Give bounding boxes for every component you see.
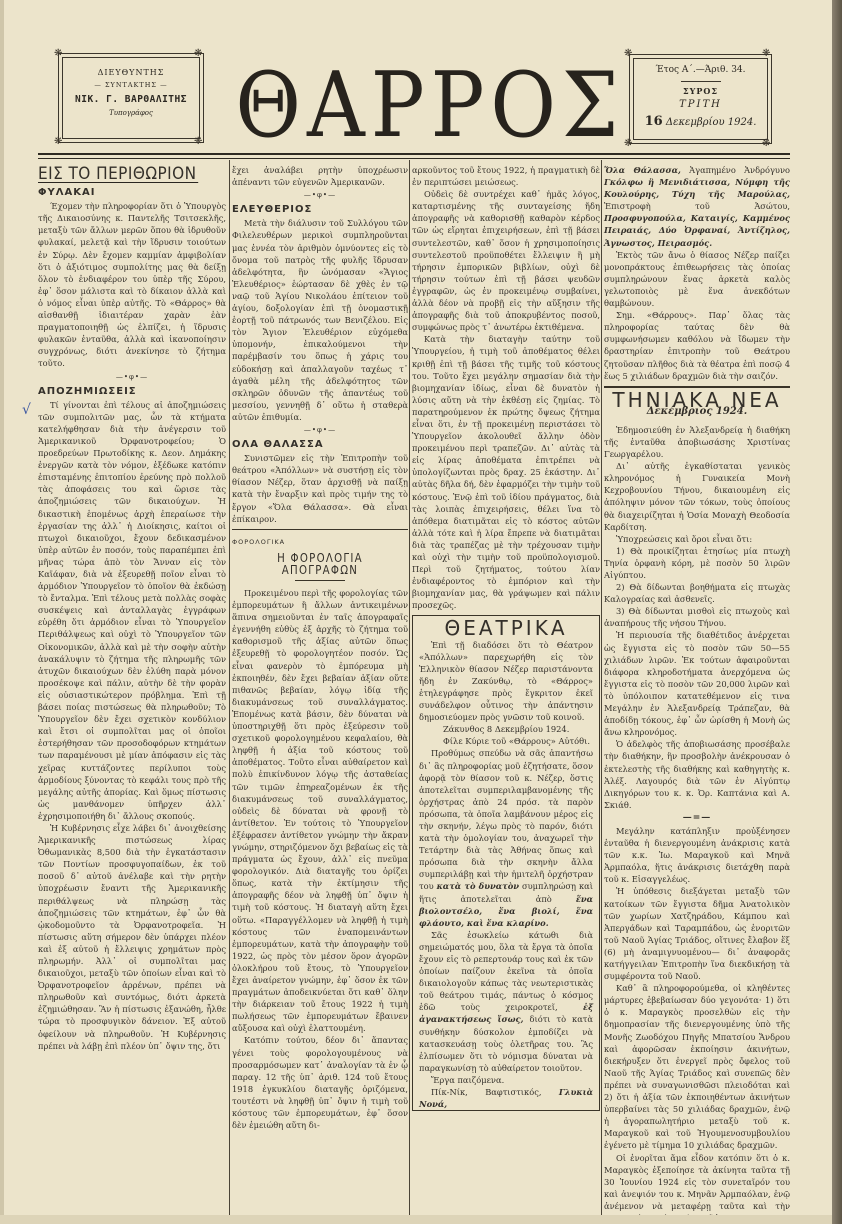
corner-ornament-icon: ❋	[54, 48, 62, 59]
subheading-eleftherios: ΕΛΕΥΘΕΡΙΟΣ	[232, 204, 408, 216]
heading-theatre: ΘΕΑΤΡΙΚΑ	[419, 622, 593, 634]
separator: —•φ•—	[232, 424, 408, 436]
theatre-letter-p2: Σᾶς ἐσωκλείω κάτωθι διὰ σημειώματός μου,…	[419, 929, 593, 1074]
theatre-salutation: Φίλε Κύριε τοῦ «Θάρρους» Αὐτόθι.	[419, 735, 593, 747]
theatre-note: Ἐκτὸς τῶν ἄνω ὁ θίασος Νέζερ παίζει μονο…	[604, 249, 790, 309]
newspaper-title: ΘΑΡΡΟΣ	[230, 50, 630, 162]
newspaper-page: ΔΙΕΥΘΥΝΤΗΣ — ΣΥΝΤΑΚΤΗΣ — ΝΙΚ. Γ. ΒΑΡΘΑΛΙ…	[0, 0, 832, 1224]
theatre-section: ΘΕΑΤΡΙΚΑ Ἐπὶ τῇ διαδόσει ὅτι τὸ Θέατρον …	[412, 615, 600, 1111]
corner-ornament-icon: ❋	[624, 48, 632, 59]
masthead-rule	[38, 153, 790, 159]
column-4: Ὅλα Θάλασσα, Ἀγαπημένο Ἀνδρόγυνο Γκόλφω …	[604, 160, 790, 1224]
subheading-ola-thalassa: ΟΛΑ ΘΑΛΑΣΣΑ	[232, 439, 408, 451]
tinos-p10: Ἡ ὑπόθεσις διεξάγεται μεταξὺ τῶν κατοίκω…	[604, 885, 790, 982]
plays-list-continuation: Ὅλα Θάλασσα, Ἀγαπημένο Ἀνδρόγυνο Γκόλφω …	[604, 164, 790, 249]
issue-box: Έτος Α΄.—Άριθ. 34. ΣΥΡΟΣ ΤΡΙΤΗ 16 Δεκεμβ…	[633, 58, 768, 140]
section-rule	[232, 529, 408, 530]
theatre-intro: Ἐπὶ τῇ διαδόσει ὅτι τὸ Θέατρον «Ἀπόλλων»…	[419, 639, 593, 724]
separator: —•φ•—	[38, 371, 226, 383]
kicker-tax: ΦΟΡΟΛΟΓΙΚΑ	[232, 536, 408, 548]
theatre-letter-p1: Προθύμως σπεύδω νὰ σᾶς ἀπαντήσω δι᾽ ἃς π…	[419, 747, 593, 928]
tinos-p8: Ὁ ἀδελφὸς τῆς ἀποβιωσάσης προσέβαλε τὴν …	[604, 738, 790, 811]
article-tax: Προκειμένου περὶ τῆς φορολογίας τῶν ἐμπο…	[232, 587, 408, 1034]
tinos-p11: Καθ᾽ ἃ πληροφορούμεθα, οἱ κληθέντες μάρτ…	[604, 982, 790, 1151]
article-tax-p2: Κατὰ τὴν διαταγὴν ταύτην τοῦ Ὑπουργείου,…	[412, 333, 600, 611]
letter-text: Προθύμως σπεύδω νὰ σᾶς ἀπαντήσω δι᾽ ἃς π…	[419, 748, 593, 891]
article-ola-thalassa: Συνιστῶμεν εἰς τὴν Ἐπιτροπὴν τοῦ θεάτρου…	[232, 452, 408, 525]
page-bottom-edge	[0, 1215, 832, 1224]
editor-note: Σημ. «Θάρρους». Παρ᾽ ὅλας τὰς πληροφορία…	[604, 309, 790, 382]
issue-divider	[681, 81, 721, 82]
heading-rule	[295, 580, 345, 581]
corner-ornament-icon: ❋	[762, 48, 770, 59]
article-eleftherios: Μετὰ τὴν διάλυσιν τοῦ Συλλόγου τῶν Φιλελ…	[232, 217, 408, 423]
tinos-p3: Ὑποχρεώσεις καὶ ὅροι εἶναι ὅτι:	[604, 533, 790, 545]
play-names: Ἀγαπημένο Ἀνδρόγυνο	[689, 165, 790, 175]
play-names-bold: Προσφυγοπούλα, Καταιγίς, Καμμένος Πειραι…	[604, 213, 790, 247]
letter-emphasis: κατὰ τὸ δυνατὸν	[437, 881, 519, 891]
masthead: ΔΙΕΥΘΥΝΤΗΣ — ΣΥΝΤΑΚΤΗΣ — ΝΙΚ. Γ. ΒΑΡΘΑΛΙ…	[40, 50, 790, 150]
subheading-compensations: ΑΠΟΖΗΜΙΩΣΕΙΣ	[38, 386, 226, 398]
corner-ornament-icon: ❋	[194, 136, 202, 147]
tinos-p9: Μεγάλην κατάπληξιν προὐξένησεν ἐνταῦθα ἡ…	[604, 825, 790, 885]
issue-weekday: ΤΡΙΤΗ	[634, 99, 767, 110]
editor-name: ΝΙΚ. Γ. ΒΑΡΘΑΛΙΤΗΣ	[63, 94, 199, 105]
editor-label: — ΣΥΝΤΑΚΤΗΣ —	[63, 81, 199, 89]
tinos-p5: 2) Θὰ δίδωνται βοηθήματα εἰς πτωχὰς Καλο…	[604, 581, 790, 605]
article-compensations-cont: Ἡ Κυβέρνησις εἶχε λάβει δι᾽ ἀνοιχθείσης …	[38, 822, 226, 1052]
issue-date-rest: Δεκεμβρίου 1924.	[666, 117, 757, 128]
article-tax-continuation: αρκοῦντος τοῦ ἔτους 1922, ἡ πραγματικὴ δ…	[412, 164, 600, 188]
page-left-edge	[0, 0, 4, 1224]
heading-tinos-news: ΤΗΝΙΑΚΑ ΝΕΑ	[604, 394, 790, 406]
corner-ornament-icon: ❋	[762, 138, 770, 149]
play-names-bold: Γκόλφω ἢ Μενιδιάτισσα, Νύμφη τῆς Κουλούρ…	[604, 177, 790, 199]
article-continuation: ἔχει ἀναλάβει ρητὴν ὑποχρέωσιν ἀπέναντι …	[232, 164, 408, 188]
letter-text: Σᾶς ἐσωκλείω κάτωθι διὰ σημειώματός μου,…	[419, 930, 593, 1013]
editor-box: ΔΙΕΥΘΥΝΤΗΣ — ΣΥΝΤΑΚΤΗΣ — ΝΙΚ. Γ. ΒΑΡΘΑΛΙ…	[62, 57, 200, 139]
issue-date: 16 Δεκεμβρίου 1924.	[634, 114, 767, 129]
tinos-p7: Ἡ περιουσία τῆς διαθέτιδος ἀνέρχεται ὡς …	[604, 629, 790, 738]
theatre-plays-list: Πίκ-Νίκ, Βαφτιστικός, Γλυκιὰ Νονά,	[419, 1086, 593, 1110]
tinos-p12: Οἱ ἐνορῖται ἅμα εἶδον κατόπιν ὅτι ὁ κ. Μ…	[604, 1152, 790, 1224]
corner-ornament-icon: ❋	[194, 48, 202, 59]
section-heading-margin: ΕΙΣ ΤΟ ΠΕΡΙΘΩΡΙΟΝ	[38, 164, 198, 183]
separator: —=—	[604, 812, 790, 824]
tinos-p2: Δι᾽ αὐτῆς ἐγκαθίσταται γενικὸς κληρονόμο…	[604, 460, 790, 533]
editor-role: Τυπογράφος	[63, 109, 199, 117]
column-1: ΕΙΣ ΤΟ ΠΕΡΙΘΩΡΙΟΝ ΦΥΛΑΚΑΙ Έχομεν τὴν πλη…	[38, 160, 226, 1052]
article-compensations: Τί γίνονται ἐπὶ τέλους αἱ ἀποζημιώσεις τ…	[38, 399, 226, 822]
column-2: ἔχει ἀναλάβει ρητὴν ὑποχρέωσιν ἀπέναντι …	[232, 160, 408, 1131]
tinos-p6: 3) Θὰ δίδωνται μισθοὶ εἰς πτωχοὺς καὶ ἀν…	[604, 605, 790, 629]
play-names: Ἐπιστροφὴ τοῦ Ἀσώτου,	[604, 201, 790, 211]
corner-ornament-icon: ❋	[54, 136, 62, 147]
theatre-plays-label: Ἔργα παιζόμενα.	[419, 1074, 593, 1086]
theatre-date: Ζάκυνθος 8 Δεκεμβρίου 1924.	[419, 723, 593, 735]
corner-ornament-icon: ❋	[624, 138, 632, 149]
play-names: Πίκ-Νίκ, Βαφτιστικός,	[431, 1087, 542, 1097]
issue-number: Έτος Α΄.—Άριθ. 34.	[634, 65, 767, 75]
separator: —•φ•—	[232, 189, 408, 201]
column-3: αρκοῦντος τοῦ ἔτους 1922, ἡ πραγματικὴ δ…	[412, 160, 600, 1111]
issue-day: 16	[645, 114, 663, 129]
director-label: ΔΙΕΥΘΥΝΤΗΣ	[63, 68, 199, 77]
column-divider	[229, 160, 230, 1215]
tinos-p4: 1) Θὰ προικίζηται ἑτησίως μία πτωχὴ Τηνί…	[604, 545, 790, 581]
article-tax-cont: Κατόπιν τούτου, δέον δι᾽ ἅπαντας γένει τ…	[232, 1034, 408, 1131]
tinos-p1: Ἐδημοσιεύθη ἐν Ἀλεξανδρείᾳ ἡ διαθήκη τῆς…	[604, 424, 790, 460]
article-prisons: Έχομεν τὴν πληροφορίαν ὅτι ὁ Ὑπουργὸς τῆ…	[38, 200, 226, 369]
column-divider	[409, 160, 410, 1215]
heading-tax-inventories: Η ΦΟΡΟΛΟΓΙΑ ΑΠΟΓΡΑΦΩΝ	[245, 552, 395, 576]
column-divider	[601, 160, 602, 1215]
issue-city: ΣΥΡΟΣ	[634, 86, 767, 96]
play-names-bold: Ὅλα Θάλασσα,	[604, 165, 681, 175]
article-tax-p1: Οὐδεὶς δὲ συντρέχει καθ᾽ ἡμᾶς λόγος, κατ…	[412, 188, 600, 333]
ink-mark-icon: √	[22, 402, 36, 414]
binding-spine	[832, 0, 842, 1224]
subheading-prisons: ΦΥΛΑΚΑΙ	[38, 187, 226, 199]
